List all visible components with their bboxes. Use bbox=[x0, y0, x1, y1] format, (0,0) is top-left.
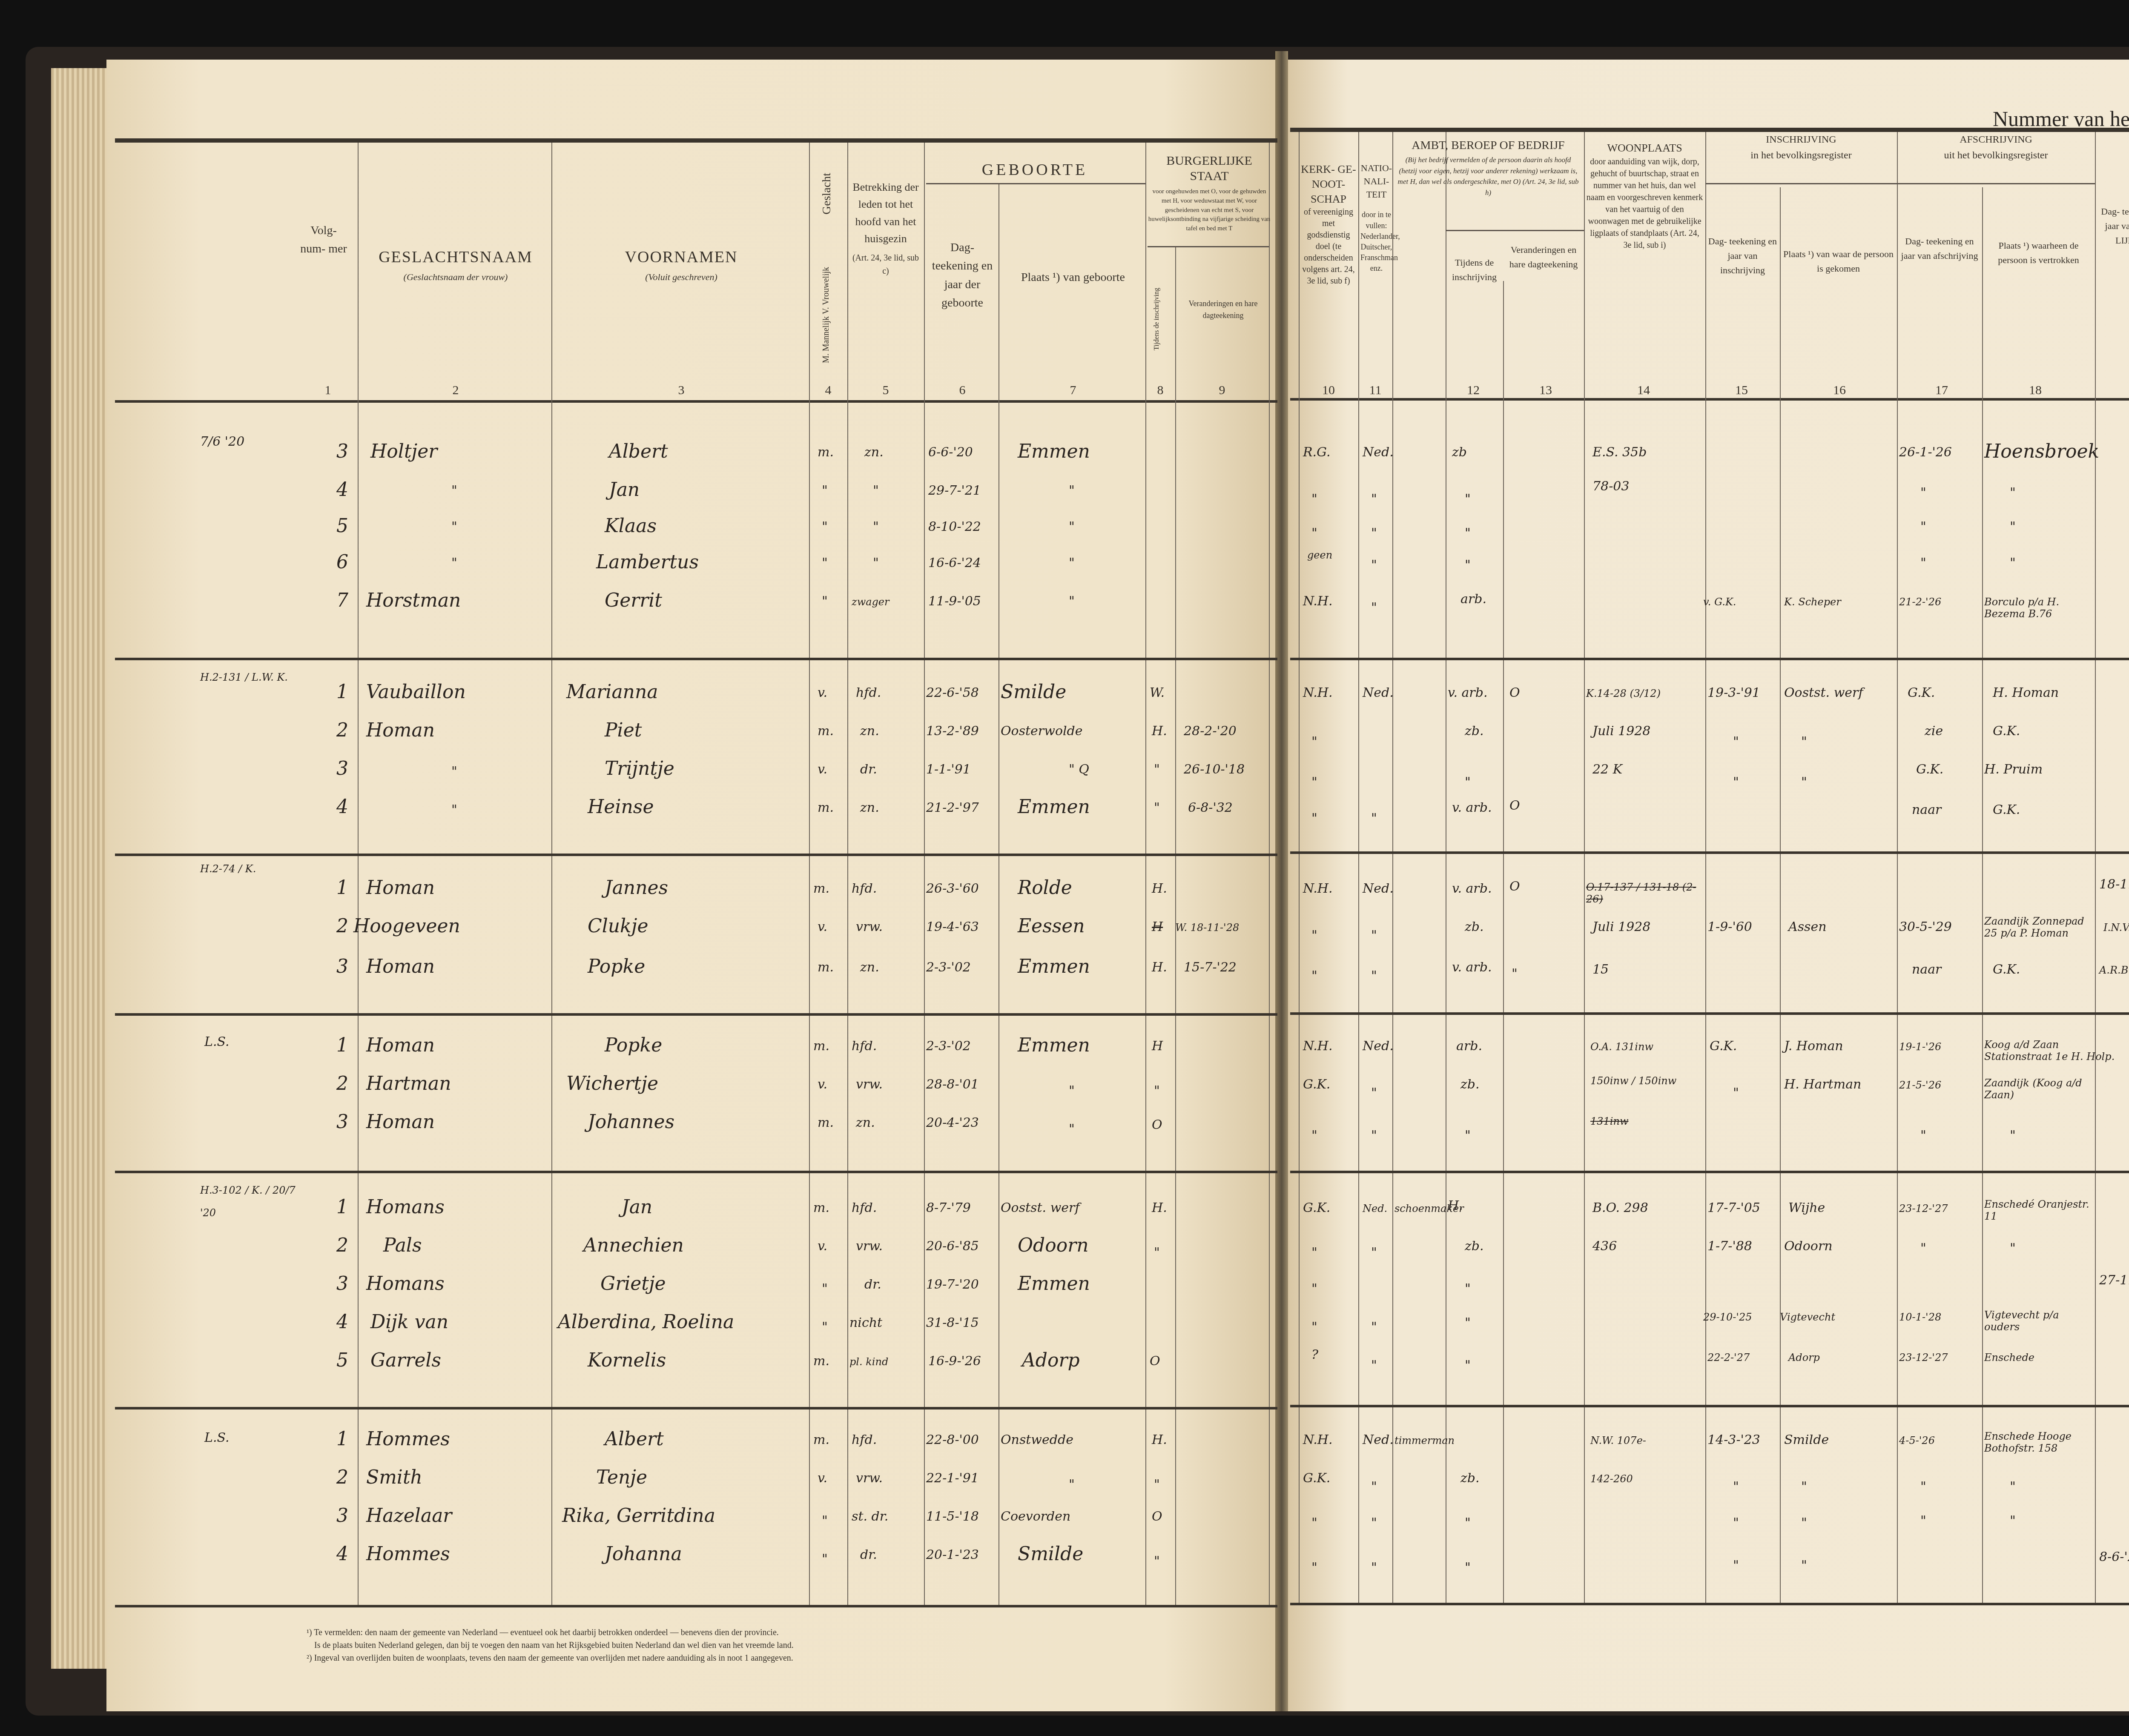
occupation: zb. bbox=[1465, 724, 1484, 739]
row-number: 6 bbox=[336, 551, 348, 573]
header-inschrijving-datum: Dag- teekening en jaar van inschrijving bbox=[1707, 234, 1778, 278]
table-bottom-rule bbox=[115, 1605, 1277, 1607]
occupation: v. arb. bbox=[1448, 685, 1487, 700]
surname: " bbox=[451, 802, 457, 817]
church: " bbox=[1311, 1245, 1317, 1260]
header-geslacht: Geslacht bbox=[818, 162, 836, 226]
header-betrekking-label: Betrekking der leden tot het hoofd van h… bbox=[849, 179, 922, 247]
row-number: 1 bbox=[336, 1196, 348, 1218]
col-number: 6 bbox=[950, 383, 975, 398]
birth-date: 20-1-'23 bbox=[926, 1547, 979, 1562]
church: N.H. bbox=[1303, 685, 1333, 700]
surname: Pals bbox=[383, 1235, 422, 1256]
deregistration-place: Enschede Hooge Bothofstr. 158 bbox=[1984, 1430, 2099, 1454]
registration-date: " bbox=[1733, 734, 1739, 749]
registration-origin: Wijhe bbox=[1788, 1200, 1825, 1215]
civil-status: H. bbox=[1152, 881, 1167, 896]
residence: E.S. 35b bbox=[1592, 445, 1647, 460]
header-inschrijving-sub: in het bevolkingsregister bbox=[1707, 148, 1895, 163]
col-number: 2 bbox=[443, 383, 468, 398]
col-divider bbox=[1584, 132, 1585, 1605]
birth-place: Odoorn bbox=[1018, 1235, 1089, 1256]
birth-date: 8-7-'79 bbox=[926, 1200, 971, 1215]
sex: v. bbox=[818, 1239, 827, 1254]
registration-date: 14-3-'23 bbox=[1707, 1432, 1760, 1447]
birth-date: 1-1-'91 bbox=[926, 762, 971, 777]
occupation: v. arb. bbox=[1452, 800, 1492, 815]
col-number: 1 bbox=[315, 383, 341, 398]
header-ambt-veranderingen: Veranderingen en hare dagteekening bbox=[1505, 243, 1582, 272]
row-number: 7 bbox=[336, 590, 348, 611]
header-woonplaats-label: WOONPLAATS bbox=[1586, 140, 1703, 156]
header-bs-tijdens: Tijdens de inschrijving bbox=[1152, 277, 1162, 362]
occupation: " bbox=[1465, 1315, 1471, 1330]
church: N.H. bbox=[1303, 1039, 1333, 1054]
relation: " bbox=[873, 483, 879, 498]
surname: Dijk van bbox=[370, 1311, 448, 1333]
civil-status: " bbox=[1154, 1245, 1160, 1260]
residence: O.17-137 / 131-18 (2-26) bbox=[1586, 881, 1701, 905]
header-nationaliteit-sub: door in te vullen: Nederlander, Duitsche… bbox=[1360, 209, 1392, 274]
deregistration-place: " bbox=[2010, 1241, 2016, 1256]
sex: " bbox=[822, 1513, 828, 1528]
relation: pl. kind bbox=[849, 1356, 888, 1368]
residence: 436 bbox=[1592, 1239, 1617, 1254]
header-voornamen-sub: (Voluit geschreven) bbox=[558, 270, 805, 284]
family-separator bbox=[1290, 1171, 2129, 1173]
registration-date: " bbox=[1733, 1515, 1739, 1530]
birth-place: Smilde bbox=[1018, 1543, 1083, 1565]
sex: " bbox=[822, 594, 828, 609]
deregistration-date: " bbox=[1920, 1513, 1926, 1528]
family-separator bbox=[1290, 851, 2129, 854]
header-burgerlijke-staat: BURGERLIJKE STAAT bbox=[1148, 153, 1271, 184]
registration-date: 22-2-'27 bbox=[1707, 1352, 1750, 1364]
given-names: Popke bbox=[588, 956, 645, 977]
left-page bbox=[106, 60, 1282, 1711]
sex: " bbox=[822, 519, 828, 534]
sex: " bbox=[822, 556, 828, 570]
col-number: 10 bbox=[1316, 383, 1341, 398]
birth-date: 2-3-'02 bbox=[926, 1039, 971, 1054]
surname: Hommes bbox=[366, 1428, 450, 1450]
sex: " bbox=[822, 1552, 828, 1567]
birth-place: " bbox=[1069, 1122, 1075, 1137]
registration-date: 17-7-'05 bbox=[1707, 1200, 1760, 1215]
nationality: " bbox=[1371, 558, 1377, 573]
col-divider bbox=[1299, 132, 1300, 1605]
relation: zn. bbox=[864, 445, 884, 460]
registration-date: " bbox=[1733, 775, 1739, 790]
page-edges-left bbox=[51, 68, 115, 1669]
deregistration-date: " bbox=[1920, 519, 1926, 534]
deregistration-date: " bbox=[1920, 485, 1926, 500]
occupation-change: O bbox=[1509, 685, 1520, 700]
deregistration-place: H. Pruim bbox=[1984, 762, 2043, 777]
header-ambt-sub: (Bij het bedrijf vermelden of de persoon… bbox=[1397, 155, 1580, 198]
registration-origin: Oostst. werf bbox=[1784, 685, 1863, 700]
birth-place: Adorp bbox=[1022, 1349, 1080, 1371]
church: " bbox=[1311, 492, 1317, 507]
family-margin-note: H.2-74 / K. bbox=[200, 860, 285, 878]
row-number: 1 bbox=[336, 1428, 348, 1450]
residence: O.A. 131inw bbox=[1590, 1041, 1653, 1053]
sex: m. bbox=[818, 724, 834, 739]
church: ? bbox=[1311, 1347, 1318, 1362]
row-number: 2 bbox=[336, 719, 348, 741]
surname: Homan bbox=[366, 719, 435, 741]
death-date: 27-11-'20 bbox=[2099, 1273, 2129, 1288]
sex: m. bbox=[813, 881, 829, 896]
deregistration-place: G.K. bbox=[1993, 724, 2020, 739]
birth-place: " Q bbox=[1069, 762, 1089, 777]
row-number: 4 bbox=[336, 1543, 348, 1565]
col-divider bbox=[358, 143, 359, 1607]
geboorte-rule bbox=[926, 183, 1145, 184]
afschrijving-rule bbox=[1897, 183, 2095, 184]
surname: Hazelaar bbox=[366, 1505, 452, 1527]
relation: hfd. bbox=[852, 1039, 877, 1054]
row-number: 3 bbox=[336, 1273, 348, 1295]
birth-date: 20-4-'23 bbox=[926, 1115, 979, 1130]
family-margin-note: H.3-102 / K. / 20/7 '20 bbox=[200, 1179, 298, 1224]
deregistration-date: " bbox=[1920, 1479, 1926, 1494]
relation: hfd. bbox=[852, 1432, 877, 1447]
nationality: " bbox=[1371, 492, 1377, 507]
occupation: zb. bbox=[1460, 1077, 1480, 1092]
registration-date: 1-7-'88 bbox=[1707, 1239, 1752, 1254]
deregistration-place: Koog a/d Zaan Stationstraat 1e H. Holp. bbox=[1984, 1039, 2125, 1063]
civil-status: O bbox=[1150, 1354, 1160, 1369]
registration-origin: " bbox=[1801, 734, 1807, 749]
birth-place: Onstwedde bbox=[1001, 1432, 1073, 1447]
sex: m. bbox=[813, 1039, 829, 1054]
nationality: " bbox=[1371, 1515, 1377, 1530]
relation: vrw. bbox=[856, 920, 883, 934]
deregistration-place: Zaandijk Zonnepad 25 p/a P. Homan bbox=[1984, 915, 2095, 939]
header-afschrijving-plaats: Plaats ¹) waarheen de persoon is vertrok… bbox=[1984, 238, 2093, 267]
residence: 78-03 bbox=[1592, 479, 1629, 494]
header-geslacht-sub: M. Mannelijk V. Vrouwelijk bbox=[820, 255, 833, 375]
col-number: 18 bbox=[2023, 383, 2048, 398]
sex: v. bbox=[818, 920, 827, 934]
church: " bbox=[1311, 1560, 1317, 1575]
given-names: Johannes bbox=[588, 1111, 674, 1133]
civil-status: H bbox=[1152, 1039, 1163, 1054]
relation: dr. bbox=[864, 1277, 881, 1292]
nationality: Ned. bbox=[1363, 685, 1394, 700]
registration-origin: J. Homan bbox=[1784, 1039, 1843, 1054]
birth-date: 16-9-'26 bbox=[928, 1354, 981, 1369]
relation: dr. bbox=[860, 1547, 877, 1562]
col-divider bbox=[1982, 187, 1983, 1605]
family-separator bbox=[1290, 658, 2129, 660]
deregistration-place: " bbox=[2010, 1513, 2016, 1528]
col-number: 4 bbox=[815, 383, 841, 398]
registration-origin: Smilde bbox=[1784, 1432, 1829, 1447]
header-bottom-rule bbox=[115, 400, 1277, 403]
deregistration-place: " bbox=[2010, 1479, 2016, 1494]
family-separator bbox=[115, 1013, 1277, 1016]
family-separator bbox=[115, 1171, 1277, 1173]
family-separator bbox=[115, 854, 1277, 856]
surname: Hommes bbox=[366, 1543, 450, 1565]
birth-place: Oostst. werf bbox=[1001, 1200, 1080, 1215]
civil-status: " bbox=[1154, 1554, 1160, 1569]
header-nationaliteit: NATIO- NALI- TEIT door in te vullen: Ned… bbox=[1360, 162, 1392, 274]
col-number: 13 bbox=[1533, 383, 1558, 398]
nationality: " bbox=[1371, 1320, 1377, 1335]
surname: Homan bbox=[366, 877, 435, 899]
col-divider bbox=[924, 143, 925, 1607]
registration-date: v. G.K. bbox=[1703, 596, 1736, 608]
surname: Hoogeveen bbox=[353, 915, 460, 937]
col-number: 19 bbox=[2125, 383, 2129, 398]
birth-place: Rolde bbox=[1018, 877, 1072, 899]
surname: Holtjer bbox=[370, 441, 437, 462]
relation: dr. bbox=[860, 762, 877, 777]
header-ambt: AMBT, BEROEP OF BEDRIJF (Bij het bedrijf… bbox=[1397, 136, 1580, 198]
ambt-rule bbox=[1446, 230, 1584, 231]
registration-date: " bbox=[1733, 1479, 1739, 1494]
header-nationaliteit-label: NATIO- NALI- TEIT bbox=[1360, 162, 1392, 201]
footnote-2: ²) Ingeval van overlijden buiten de woon… bbox=[307, 1652, 794, 1664]
nationality: " bbox=[1371, 968, 1377, 983]
relation: st. dr. bbox=[852, 1509, 888, 1524]
death-date: 8-6-'23 bbox=[2099, 1550, 2129, 1564]
birth-date: 26-3-'60 bbox=[926, 881, 979, 896]
nationality: Ned. bbox=[1363, 1203, 1387, 1215]
birth-place: " bbox=[1069, 483, 1075, 498]
given-names: Kornelis bbox=[588, 1349, 666, 1371]
col-divider bbox=[809, 143, 810, 1607]
surname: " bbox=[451, 519, 457, 534]
col-divider bbox=[1446, 132, 1446, 1605]
header-inschrijving-label: INSCHRIJVING bbox=[1707, 132, 1895, 148]
birth-place: " bbox=[1069, 519, 1075, 534]
sex: m. bbox=[813, 1432, 829, 1447]
relation: zwager bbox=[852, 596, 889, 608]
header-afschrijving-label: AFSCHRIJVING bbox=[1899, 132, 2093, 148]
header-woonplaats-sub: door aanduiding van wijk, dorp, gehucht … bbox=[1586, 156, 1703, 251]
deregistration-date: 23-12-'27 bbox=[1899, 1352, 1948, 1364]
occupation: " bbox=[1465, 1358, 1471, 1373]
sex: v. bbox=[818, 762, 827, 777]
surname: " bbox=[451, 483, 457, 498]
table-bottom-rule bbox=[1290, 1603, 2129, 1605]
deregistration-date: G.K. bbox=[1908, 685, 1935, 700]
given-names: Albert bbox=[605, 1428, 664, 1450]
col-number: 9 bbox=[1209, 383, 1235, 398]
family-margin-note: L.S. bbox=[204, 1034, 229, 1049]
family-margin-note: L.S. bbox=[204, 1430, 229, 1445]
nationality: " bbox=[1371, 1128, 1377, 1143]
col-divider bbox=[847, 143, 848, 1607]
registration-date: " bbox=[1733, 1558, 1739, 1573]
header-volgnummer: Volg- num- mer bbox=[298, 221, 349, 258]
given-names: Marianna bbox=[566, 681, 658, 703]
birth-place: Coevorden bbox=[1001, 1509, 1070, 1524]
birth-place: Emmen bbox=[1018, 1273, 1090, 1295]
row-number: 5 bbox=[336, 1349, 348, 1371]
occupation: zb. bbox=[1460, 1471, 1480, 1486]
registration-date: G.K. bbox=[1710, 1039, 1737, 1054]
surname: " bbox=[451, 556, 457, 570]
given-names: Klaas bbox=[605, 515, 657, 537]
header-betrekking-sub: (Art. 24, 3e lid, sub c) bbox=[849, 252, 922, 278]
residence: 22 K bbox=[1592, 762, 1622, 777]
family-margin-note: 7/6 '20 bbox=[200, 434, 244, 449]
family-separator bbox=[115, 658, 1277, 660]
footnote-1-cont: Is de plaats buiten Nederland gelegen, d… bbox=[307, 1639, 794, 1652]
civil-status: " bbox=[1154, 800, 1160, 815]
nationality: " bbox=[1371, 1479, 1377, 1494]
occupation: " bbox=[1465, 1281, 1471, 1296]
surname: Vaubaillon bbox=[366, 681, 466, 703]
book-spine bbox=[1275, 51, 1288, 1711]
header-inschrijving: INSCHRIJVING in het bevolkingsregister bbox=[1707, 132, 1895, 163]
family-separator bbox=[115, 1407, 1277, 1409]
sex: m. bbox=[818, 1115, 834, 1130]
row-number: 1 bbox=[336, 1034, 348, 1056]
sex: m. bbox=[813, 1354, 829, 1369]
col-divider bbox=[1269, 143, 1270, 1607]
deregistration-place: " bbox=[2010, 519, 2016, 534]
occupation: zb. bbox=[1465, 920, 1484, 934]
church: " bbox=[1311, 968, 1317, 983]
relation: vrw. bbox=[856, 1239, 883, 1254]
deregistration-date: 30-5-'29 bbox=[1899, 920, 1952, 934]
church: " bbox=[1311, 811, 1317, 826]
occupation: " bbox=[1465, 558, 1471, 573]
row-number: 4 bbox=[336, 479, 348, 501]
church: " bbox=[1311, 526, 1317, 541]
birth-place: " bbox=[1069, 1477, 1075, 1492]
header-bs-veranderingen: Veranderingen en hare dagteekening bbox=[1179, 298, 1267, 322]
nationality: " bbox=[1371, 1086, 1377, 1100]
row-number: 2 bbox=[336, 915, 348, 937]
col-number: 14 bbox=[1631, 383, 1656, 398]
deregistration-date: 4-5-'26 bbox=[1899, 1435, 1935, 1447]
civil-status-change: 26-10-'18 bbox=[1184, 762, 1245, 777]
given-names: Grietje bbox=[600, 1273, 666, 1295]
row-number: 5 bbox=[336, 515, 348, 537]
registration-date: " bbox=[1733, 1086, 1739, 1100]
civil-status: O bbox=[1152, 1117, 1162, 1132]
row-number: 3 bbox=[336, 758, 348, 779]
deregistration-date: " bbox=[1920, 556, 1926, 570]
footnote-1: ¹) Te vermelden: den naam der gemeente v… bbox=[307, 1626, 794, 1639]
given-names: Jannes bbox=[605, 877, 668, 899]
death-date: 18-11-'28 bbox=[2099, 877, 2129, 892]
header-kerkgenootschap-sub: of vereeniging met godsdienstig doel (te… bbox=[1301, 206, 1356, 287]
row-number: 3 bbox=[336, 1111, 348, 1133]
church: " bbox=[1311, 928, 1317, 943]
death-date: I.N.V. bbox=[2103, 922, 2129, 934]
birth-date: 20-6-'85 bbox=[926, 1239, 979, 1254]
relation: hfd. bbox=[852, 1200, 877, 1215]
inschrijving-rule bbox=[1705, 183, 1897, 184]
nationality: " bbox=[1371, 526, 1377, 541]
surname: Homan bbox=[366, 956, 435, 977]
given-names: Albert bbox=[609, 441, 668, 462]
occupation: " bbox=[1465, 775, 1471, 790]
footnotes: ¹) Te vermelden: den naam der gemeente v… bbox=[307, 1626, 794, 1664]
surname: Hartman bbox=[366, 1073, 451, 1094]
given-names: Clukje bbox=[588, 915, 648, 937]
row-number: 3 bbox=[336, 956, 348, 977]
relation: vrw. bbox=[856, 1471, 883, 1486]
registration-origin: Odoorn bbox=[1784, 1239, 1833, 1254]
relation: hfd. bbox=[852, 881, 877, 896]
occupation: v. arb. bbox=[1452, 960, 1492, 975]
registration-date: 1-9-'60 bbox=[1707, 920, 1752, 934]
col-number: 11 bbox=[1363, 383, 1388, 398]
relation: zn. bbox=[860, 800, 879, 815]
occupation: " bbox=[1465, 1515, 1471, 1530]
header-afschrijving: AFSCHRIJVING uit het bevolkingsregister bbox=[1899, 132, 2093, 163]
nationality: Ned. bbox=[1363, 881, 1394, 896]
deregistration-place: H. Homan bbox=[1993, 685, 2059, 700]
deregistration-place: Enschede bbox=[1984, 1352, 2034, 1364]
sex: v. bbox=[818, 1471, 827, 1486]
sex: " bbox=[822, 483, 828, 498]
nationality: " bbox=[1371, 1358, 1377, 1373]
header-burgerlijke-sub: voor ongehuwden met O, voor de gehuwden … bbox=[1148, 187, 1271, 234]
col-divider bbox=[2095, 132, 2096, 1605]
church: G.K. bbox=[1303, 1077, 1330, 1092]
col-number: 7 bbox=[1060, 383, 1086, 398]
given-names: Lambertus bbox=[596, 551, 699, 573]
surname: Homan bbox=[366, 1034, 435, 1056]
header-inschrijving-plaats: Plaats ¹) van waar de persoon is gekomen bbox=[1782, 247, 1895, 276]
birth-date: 19-7-'20 bbox=[926, 1277, 979, 1292]
civil-status: H. bbox=[1152, 1432, 1167, 1447]
civil-status: H. bbox=[1152, 1200, 1167, 1215]
occupation: arb. bbox=[1460, 592, 1486, 607]
birth-date: 22-8-'00 bbox=[926, 1432, 979, 1447]
church: N.H. bbox=[1303, 881, 1333, 896]
birth-date: 11-5-'18 bbox=[926, 1509, 979, 1524]
col-divider bbox=[999, 183, 999, 1607]
registration-origin: " bbox=[1801, 775, 1807, 790]
occupation: " bbox=[1465, 526, 1471, 541]
residence: K.14-28 (3/12) bbox=[1586, 688, 1661, 699]
church: geen bbox=[1307, 549, 1332, 561]
row-number: 4 bbox=[336, 796, 348, 818]
registration-origin: Assen bbox=[1788, 920, 1827, 934]
col-divider bbox=[1392, 132, 1393, 1605]
registration-date: 29-10-'25 bbox=[1703, 1311, 1752, 1323]
given-names: Piet bbox=[605, 719, 642, 741]
occupation-change: O bbox=[1509, 879, 1520, 894]
header-bottom-rule-right bbox=[1290, 398, 2129, 401]
col-number: 8 bbox=[1148, 383, 1173, 398]
header-kerkgenootschap: KERK- GE- NOOT- SCHAP of vereeniging met… bbox=[1301, 162, 1356, 287]
sex: m. bbox=[813, 1200, 829, 1215]
birth-date: 2-3-'02 bbox=[926, 960, 971, 975]
col-number: 17 bbox=[1929, 383, 1954, 398]
given-names: Popke bbox=[605, 1034, 662, 1056]
deregistration-date: 26-1-'26 bbox=[1899, 445, 1952, 460]
church: " bbox=[1311, 1281, 1317, 1296]
col-number: 12 bbox=[1460, 383, 1486, 398]
row-number: 1 bbox=[336, 681, 348, 703]
civil-status-change: 6-8-'32 bbox=[1188, 800, 1233, 815]
occupation-change: H. bbox=[1448, 1198, 1463, 1213]
surname: Smith bbox=[366, 1467, 422, 1488]
row-number: 2 bbox=[336, 1073, 348, 1094]
